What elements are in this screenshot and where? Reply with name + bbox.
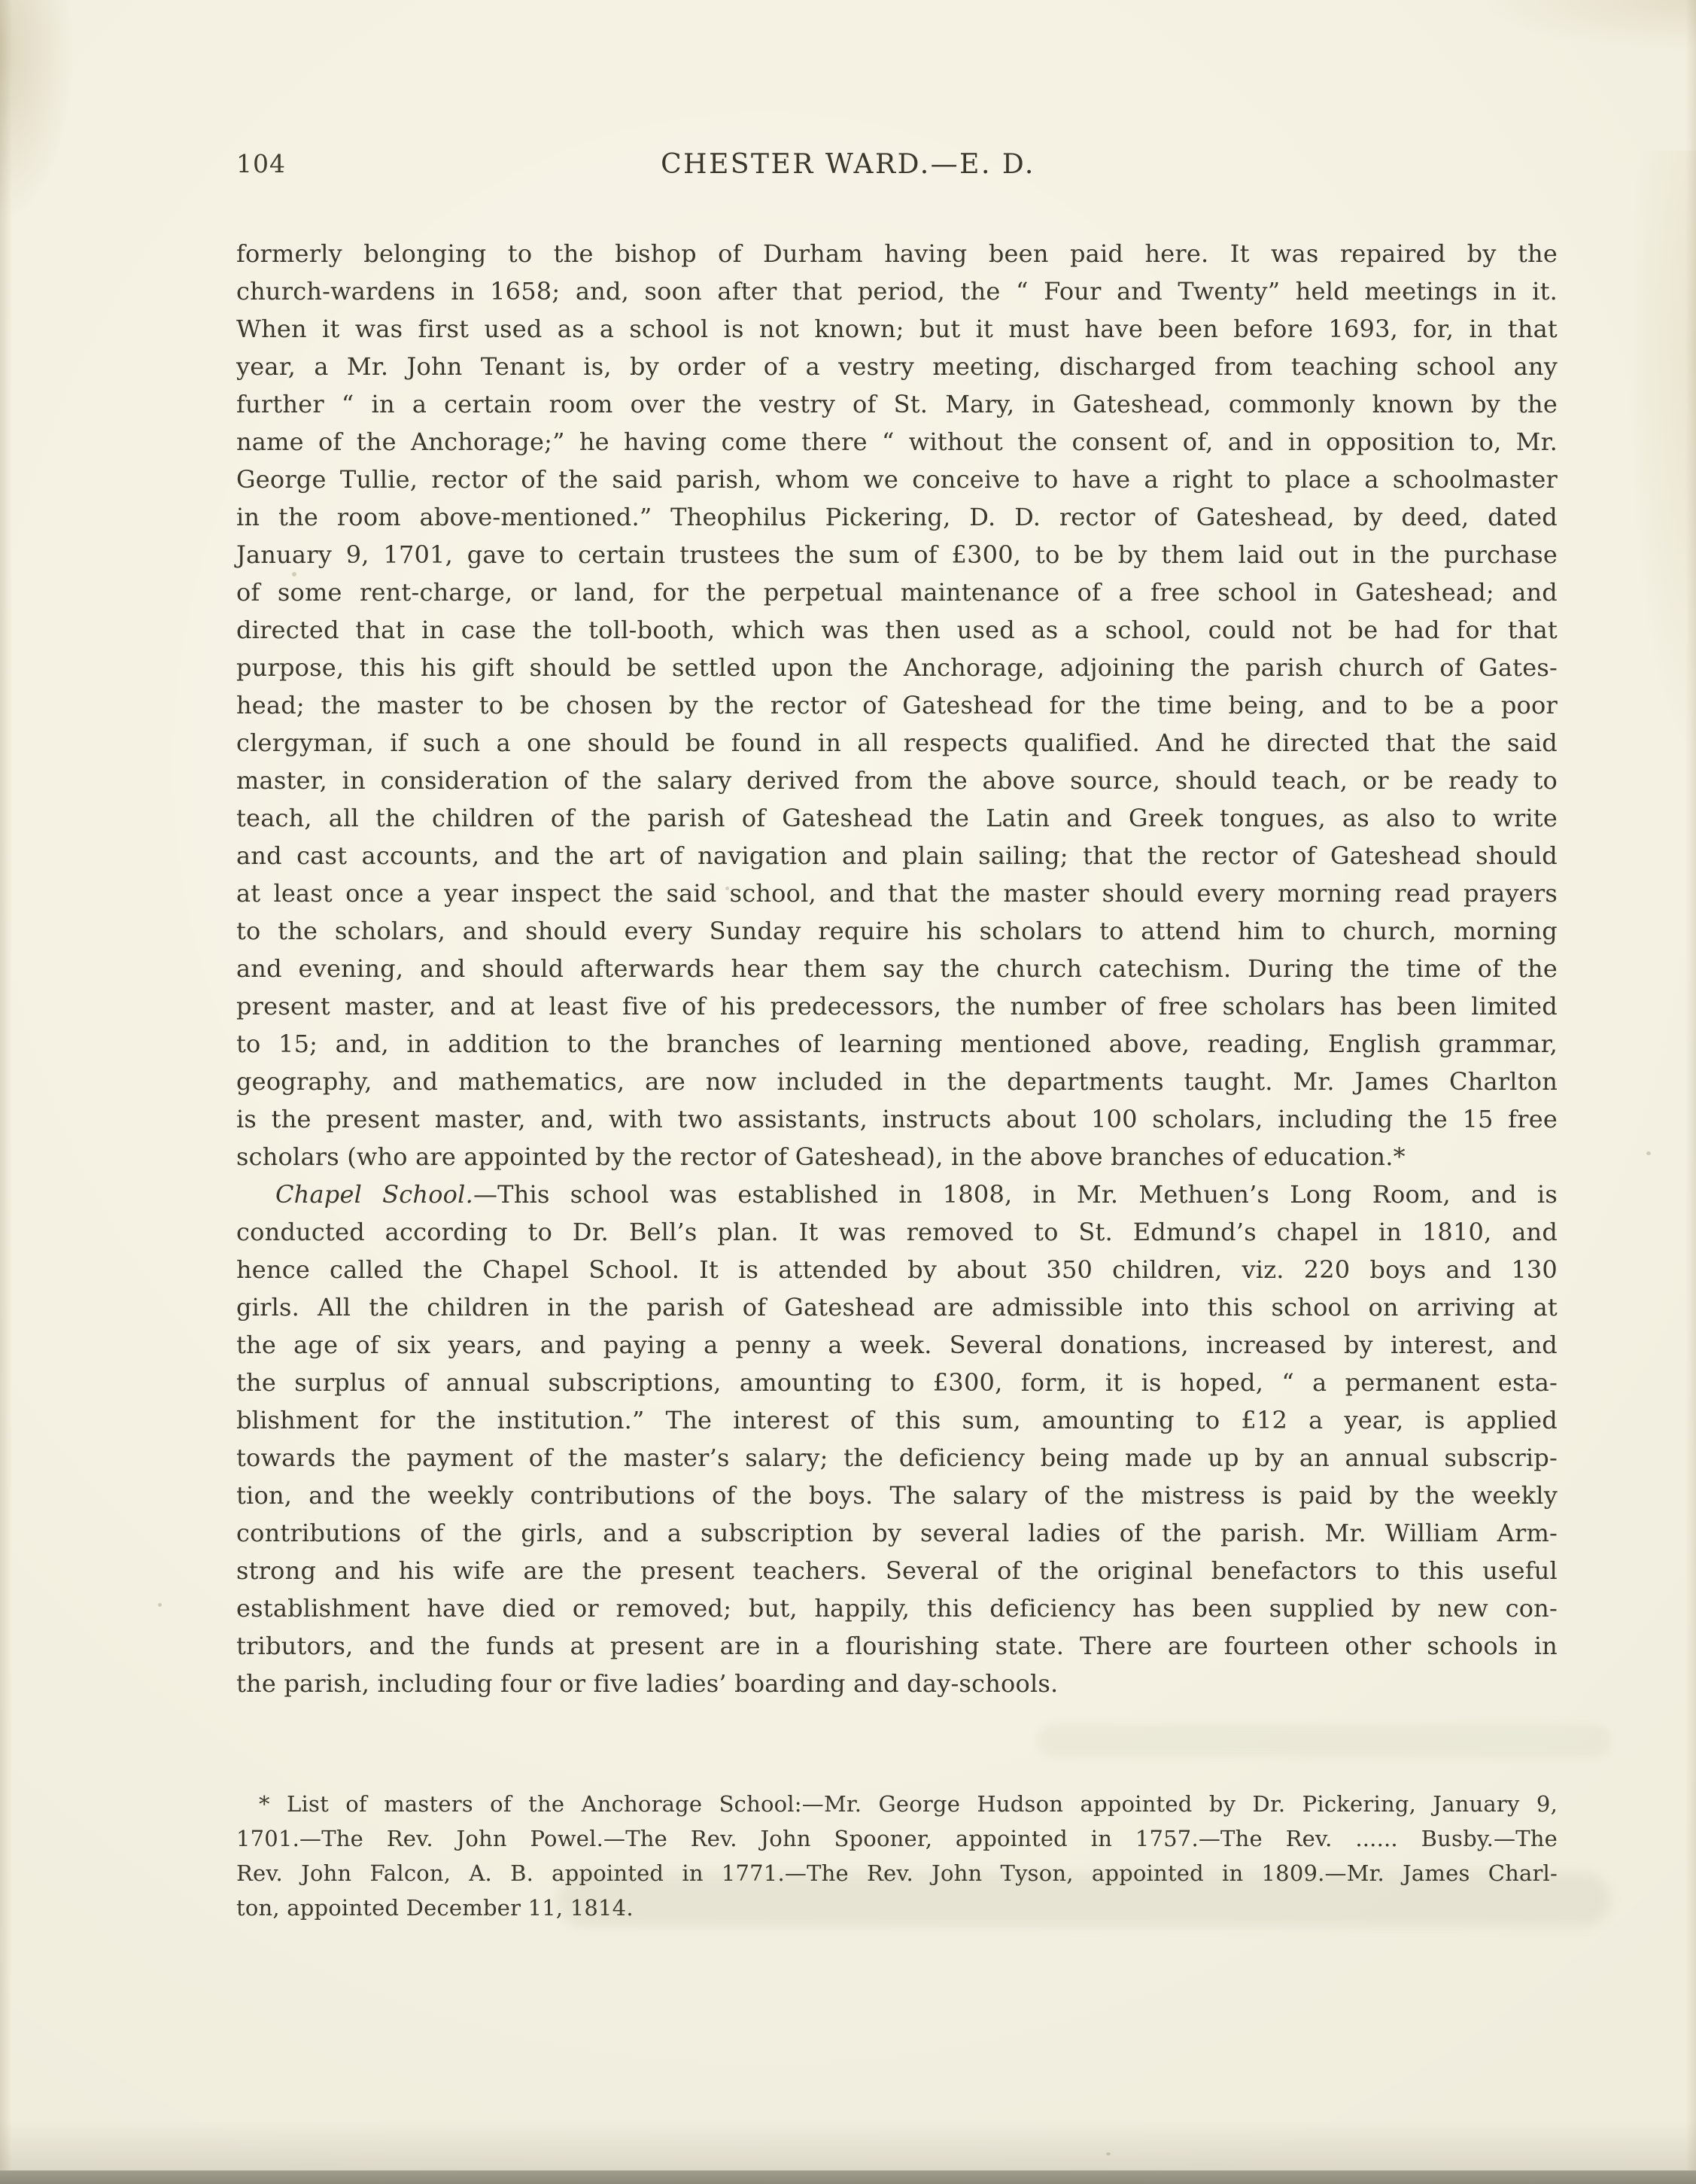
text-line: present master, and at least five of his…	[236, 987, 1558, 1025]
page-body: formerly belonging to the bishop of Durh…	[236, 235, 1558, 1702]
text-line: strong and his wife are the present teac…	[236, 1552, 1558, 1589]
text-line: the parish, including four or five ladie…	[236, 1665, 1558, 1702]
book-page: 104 CHESTER WARD.—E. D. formerly belongi…	[0, 0, 1696, 2184]
text-line: the age of six years, and paying a penny…	[236, 1326, 1558, 1364]
text-line: establishment have died or removed; but,…	[236, 1589, 1558, 1627]
text-line: church-wardens in 1658; and, soon after …	[236, 272, 1558, 310]
footnote-masters-list: * List of masters of the Anchorage Schoo…	[236, 1787, 1558, 1925]
chapel-school-first-line-rest: —This school was established in 1808, in…	[473, 1180, 1558, 1209]
running-header-title: CHESTER WARD.—E. D.	[661, 149, 1035, 180]
text-line: clergyman, if such a one should be found…	[236, 724, 1558, 762]
text-line: tion, and the weekly contributions of th…	[236, 1477, 1558, 1514]
text-line: to the scholars, and should every Sunday…	[236, 912, 1558, 950]
page-edge-shadow	[1685, 0, 1696, 2184]
paper-speck	[1646, 1151, 1651, 1155]
text-line: formerly belonging to the bishop of Durh…	[236, 235, 1558, 272]
text-line: in the room above-mentioned.” Theophilus…	[236, 498, 1558, 536]
text-line: of some rent-charge, or land, for the pe…	[236, 573, 1558, 611]
page-edge-shadow	[0, 0, 12, 2184]
text-line: directed that in case the toll-booth, wh…	[236, 611, 1558, 649]
paragraph-anchorage-school: formerly belonging to the bishop of Durh…	[236, 235, 1558, 1176]
page-edge-stain	[1576, 151, 1696, 828]
text-line: January 9, 1701, gave to certain trustee…	[236, 536, 1558, 573]
text-line: geography, and mathematics, are now incl…	[236, 1063, 1558, 1100]
paragraph-chapel-school: Chapel School.—This school was establish…	[236, 1176, 1558, 1702]
paper-speck	[1106, 2152, 1111, 2155]
text-line: girls. All the children in the parish of…	[236, 1288, 1558, 1326]
text-line: 1701.—The Rev. John Powel.—The Rev. John…	[236, 1821, 1558, 1856]
text-line: ton, appointed December 11, 1814.	[236, 1890, 1558, 1925]
text-line: and cast accounts, and the art of naviga…	[236, 837, 1558, 875]
text-line: the surplus of annual subscriptions, amo…	[236, 1364, 1558, 1401]
text-line: name of the Anchorage;” he having come t…	[236, 423, 1558, 461]
page-number: 104	[236, 149, 286, 178]
text-line: teach, all the children of the parish of…	[236, 799, 1558, 837]
page-corner-stain	[1380, 0, 1696, 105]
page-bottom-shadow	[0, 2119, 1696, 2172]
scan-bed-edge	[0, 2170, 1696, 2184]
text-line: at least once a year inspect the said sc…	[236, 875, 1558, 912]
text-line: hence called the Chapel School. It is at…	[236, 1251, 1558, 1288]
text-line: scholars (who are appointed by the recto…	[236, 1138, 1558, 1176]
text-line: master, in consideration of the salary d…	[236, 762, 1558, 799]
text-line: head; the master to be chosen by the rec…	[236, 686, 1558, 724]
text-line: Rev. John Falcon, A. B. appointed in 177…	[236, 1856, 1558, 1890]
text-line: blishment for the institution.” The inte…	[236, 1401, 1558, 1439]
text-line: * List of masters of the Anchorage Schoo…	[236, 1787, 1558, 1821]
text-line: to 15; and, in addition to the branches …	[236, 1025, 1558, 1063]
text-line: contributions of the girls, and a subscr…	[236, 1514, 1558, 1552]
page-corner-stain	[0, 0, 113, 256]
text-line: conducted according to Dr. Bell’s plan. …	[236, 1213, 1558, 1251]
text-line: further “ in a certain room over the ves…	[236, 385, 1558, 423]
text-line: George Tullie, rector of the said parish…	[236, 461, 1558, 498]
paragraph-chapel-school-lines: conducted according to Dr. Bell’s plan. …	[236, 1213, 1558, 1702]
text-line: towards the payment of the master’s sala…	[236, 1439, 1558, 1477]
ink-showthrough-smudge	[1038, 1725, 1610, 1757]
paper-speck	[158, 1603, 162, 1607]
text-line: is the present master, and, with two ass…	[236, 1100, 1558, 1138]
text-line: purpose, this his gift should be settled…	[236, 649, 1558, 686]
text-line: and evening, and should afterwards hear …	[236, 950, 1558, 987]
text-line: Chapel School.—This school was establish…	[236, 1176, 1558, 1213]
running-head: 104 CHESTER WARD.—E. D.	[0, 149, 1696, 184]
text-line: When it was first used as a school is no…	[236, 310, 1558, 348]
text-line: tributors, and the funds at present are …	[236, 1627, 1558, 1665]
chapel-school-lead: Chapel School.	[275, 1180, 473, 1209]
text-line: year, a Mr. John Tenant is, by order of …	[236, 348, 1558, 385]
